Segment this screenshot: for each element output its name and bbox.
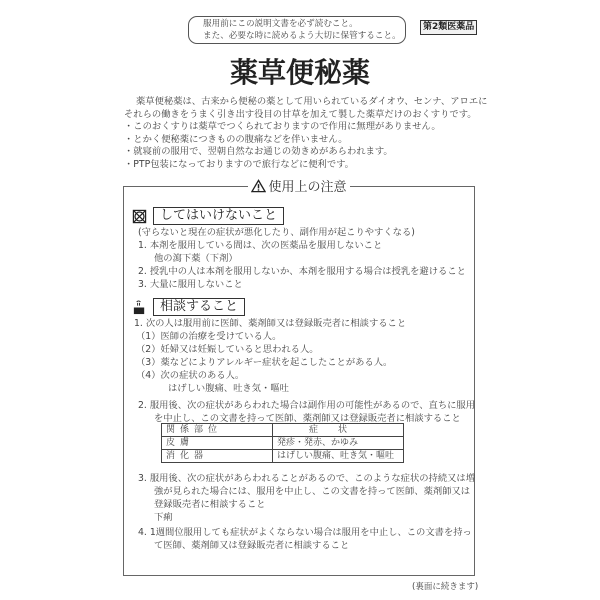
- feature-bullet: ・PTP包装になっておりますので旅行などに便利です。: [124, 159, 484, 172]
- prohibited-item: 3. 大量に服用しないこと: [138, 279, 243, 292]
- feature-bullet: ・とかく便秘薬につきものの腹痛などを伴いません。: [124, 134, 484, 147]
- table-header: 症状: [273, 424, 404, 437]
- notice-line: 服用前にこの説明文書を必ず読むこと。: [203, 19, 405, 31]
- table-header-row: 関係部位 症状: [162, 424, 404, 437]
- consult-item: 2. 服用後、次の症状があらわれた場合は副作用の可能性があるので、直ちに服用: [138, 400, 475, 413]
- intro-line: 薬草便秘薬は、古来から便秘の薬として用いられているダイオウ、センナ、アロエに: [124, 96, 484, 109]
- prohibited-item: 2. 授乳中の人は本剤を服用しないか、本剤を服用する場合は授乳を避けること: [138, 266, 466, 279]
- consult-item-line: 登録販売者に相談すること: [154, 499, 266, 512]
- consult-item-line: て医師、薬剤師又は登録販売者に相談すること: [154, 540, 349, 553]
- product-title: 薬草便秘薬: [0, 56, 600, 90]
- table-cell: 皮膚: [162, 437, 273, 450]
- caution-heading: 使用上の注意: [124, 176, 474, 198]
- consult-subitem: （3）薬などによりアレルギー症状を起こしたことがある人。: [136, 357, 392, 370]
- table-cell: 発疹・発赤、かゆみ: [273, 437, 404, 450]
- consult-item: 3. 服用後、次の症状があらわれることがあるので、このような症状の持続又は増: [138, 473, 475, 486]
- consult-symptom: 下痢: [154, 512, 173, 525]
- caution-heading-text: 使用上の注意: [268, 180, 346, 195]
- classification-badge: 第2類医薬品: [420, 20, 477, 35]
- consult-subitem: （1）医師の治療を受けている人。: [136, 331, 281, 344]
- consult-subitem-detail: はげしい腹痛、吐き気・嘔吐: [168, 383, 289, 396]
- notice-line: また、必要な時に読めるよう大切に保管すること。: [203, 31, 405, 43]
- consult-label: 相談すること: [153, 298, 245, 316]
- side-effect-table: 関係部位 症状 皮膚 発疹・発赤、かゆみ 消化器 はげしい腹痛、吐き気・嘔吐: [161, 423, 404, 463]
- notice-box: 服用前にこの説明文書を必ず読むこと。 また、必要な時に読めるよう大切に保管するこ…: [188, 16, 406, 44]
- consult-subitem: （4）次の症状のある人。: [136, 370, 244, 383]
- caution-box: 使用上の注意 してはいけないこと (守らないと現在の症状が悪化したり、副作用が起…: [123, 186, 475, 576]
- intro-section: 薬草便秘薬は、古来から便秘の薬として用いられているダイオウ、センナ、アロエに そ…: [124, 96, 484, 172]
- consult-item: 1. 次の人は服用前に医師、薬剤師又は登録販売者に相談すること: [134, 318, 406, 331]
- consult-subitem: （2）妊婦又は妊娠していると思われる人。: [136, 344, 319, 357]
- prohibited-note: (守らないと現在の症状が悪化したり、副作用が起こりやすくなる): [138, 227, 415, 240]
- warning-triangle-icon: [251, 179, 266, 193]
- consult-header: 相談すること: [132, 298, 245, 316]
- prohibited-header: してはいけないこと: [132, 207, 284, 225]
- table-row: 皮膚 発疹・発赤、かゆみ: [162, 437, 404, 450]
- feature-bullet: ・このおくすりは薬草でつくられておりますので作用に無理がありません。: [124, 121, 484, 134]
- continued-note: (裏面に続きます): [412, 580, 478, 592]
- table-cell: はげしい腹痛、吐き気・嘔吐: [273, 450, 404, 463]
- prohibited-label: してはいけないこと: [153, 207, 284, 225]
- feature-bullet: ・就寝前の服用で、翌朝自然なお通じの効きめがあらわれます。: [124, 146, 484, 159]
- consult-item: 4. 1週間位服用しても症状がよくならない場合は服用を中止し、この文書を持っ: [138, 527, 472, 540]
- prohibited-icon: [132, 209, 147, 224]
- table-cell: 消化器: [162, 450, 273, 463]
- table-row: 消化器 はげしい腹痛、吐き気・嘔吐: [162, 450, 404, 463]
- consult-item-line: 強が見られた場合には、服用を中止し、この文書を持って医師、薬剤師又は: [154, 486, 470, 499]
- intro-line: それらの働きをうまく引き出す役目の甘草を加えて製した薬草だけのおくすりです。: [124, 109, 484, 122]
- consult-doctor-icon: [132, 300, 147, 315]
- prohibited-item: 1. 本剤を服用している間は、次の医薬品を服用しないこと: [138, 240, 382, 253]
- prohibited-subitem: 他の瀉下薬（下剤）: [154, 253, 238, 266]
- table-header: 関係部位: [162, 424, 273, 437]
